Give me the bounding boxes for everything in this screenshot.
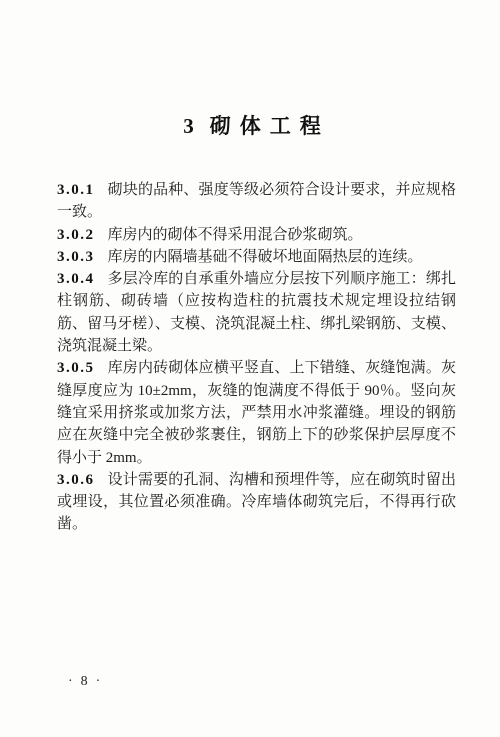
chapter-number: 3 — [183, 114, 194, 138]
clause-3-0-3: 3.0.3库房的内隔墙基础不得破坏地面隔热层的连续。 — [57, 246, 456, 268]
document-page: 3砌体工程 3.0.1砌块的品种、强度等级必须符合设计要求，并应规格一致。 3.… — [0, 0, 500, 737]
footer-dot-right: · — [96, 674, 101, 689]
clause-number: 3.0.2 — [57, 227, 95, 243]
page-number: 8 — [81, 674, 88, 689]
clause-3-0-6: 3.0.6设计需要的孔洞、沟槽和预埋件等，应在砌筑时留出或埋设，其位置必须准确。… — [57, 469, 456, 536]
clause-number: 3.0.5 — [57, 360, 95, 376]
clause-3-0-4: 3.0.4多层冷库的自承重外墙应分层按下列顺序施工：绑扎柱钢筋、砌砖墙（应按构造… — [57, 268, 456, 357]
clause-text: 库房内砖砌体应横平竖直、上下错缝、灰缝饱满。灰缝厚度应为 10±2mm，灰缝的饱… — [57, 360, 456, 465]
clause-text: 库房的内隔墙基础不得破坏地面隔热层的连续。 — [108, 249, 423, 265]
clause-text: 库房内的砌体不得采用混合砂浆砌筑。 — [108, 227, 363, 243]
clause-3-0-1: 3.0.1砌块的品种、强度等级必须符合设计要求，并应规格一致。 — [57, 179, 456, 224]
clause-3-0-5: 3.0.5库房内砖砌体应横平竖直、上下错缝、灰缝饱满。灰缝厚度应为 10±2mm… — [57, 357, 456, 468]
clause-text: 设计需要的孔洞、沟槽和预埋件等，应在砌筑时留出或埋设，其位置必须准确。冷库墙体砌… — [57, 472, 456, 533]
page-footer: ·8· — [64, 674, 104, 690]
clause-text: 砌块的品种、强度等级必须符合设计要求，并应规格一致。 — [57, 182, 456, 220]
clause-list: 3.0.1砌块的品种、强度等级必须符合设计要求，并应规格一致。 3.0.2库房内… — [57, 179, 456, 536]
clause-number: 3.0.6 — [57, 472, 95, 488]
chapter-title-text: 砌体工程 — [210, 114, 330, 138]
clause-number: 3.0.1 — [57, 182, 95, 198]
chapter-title: 3砌体工程 — [57, 113, 456, 139]
clause-text: 多层冷库的自承重外墙应分层按下列顺序施工：绑扎柱钢筋、砌砖墙（应按构造柱的抗震技… — [57, 271, 456, 354]
clause-3-0-2: 3.0.2库房内的砌体不得采用混合砂浆砌筑。 — [57, 224, 456, 246]
footer-dot-left: · — [68, 674, 73, 689]
clause-number: 3.0.4 — [57, 271, 95, 287]
clause-number: 3.0.3 — [57, 249, 95, 265]
